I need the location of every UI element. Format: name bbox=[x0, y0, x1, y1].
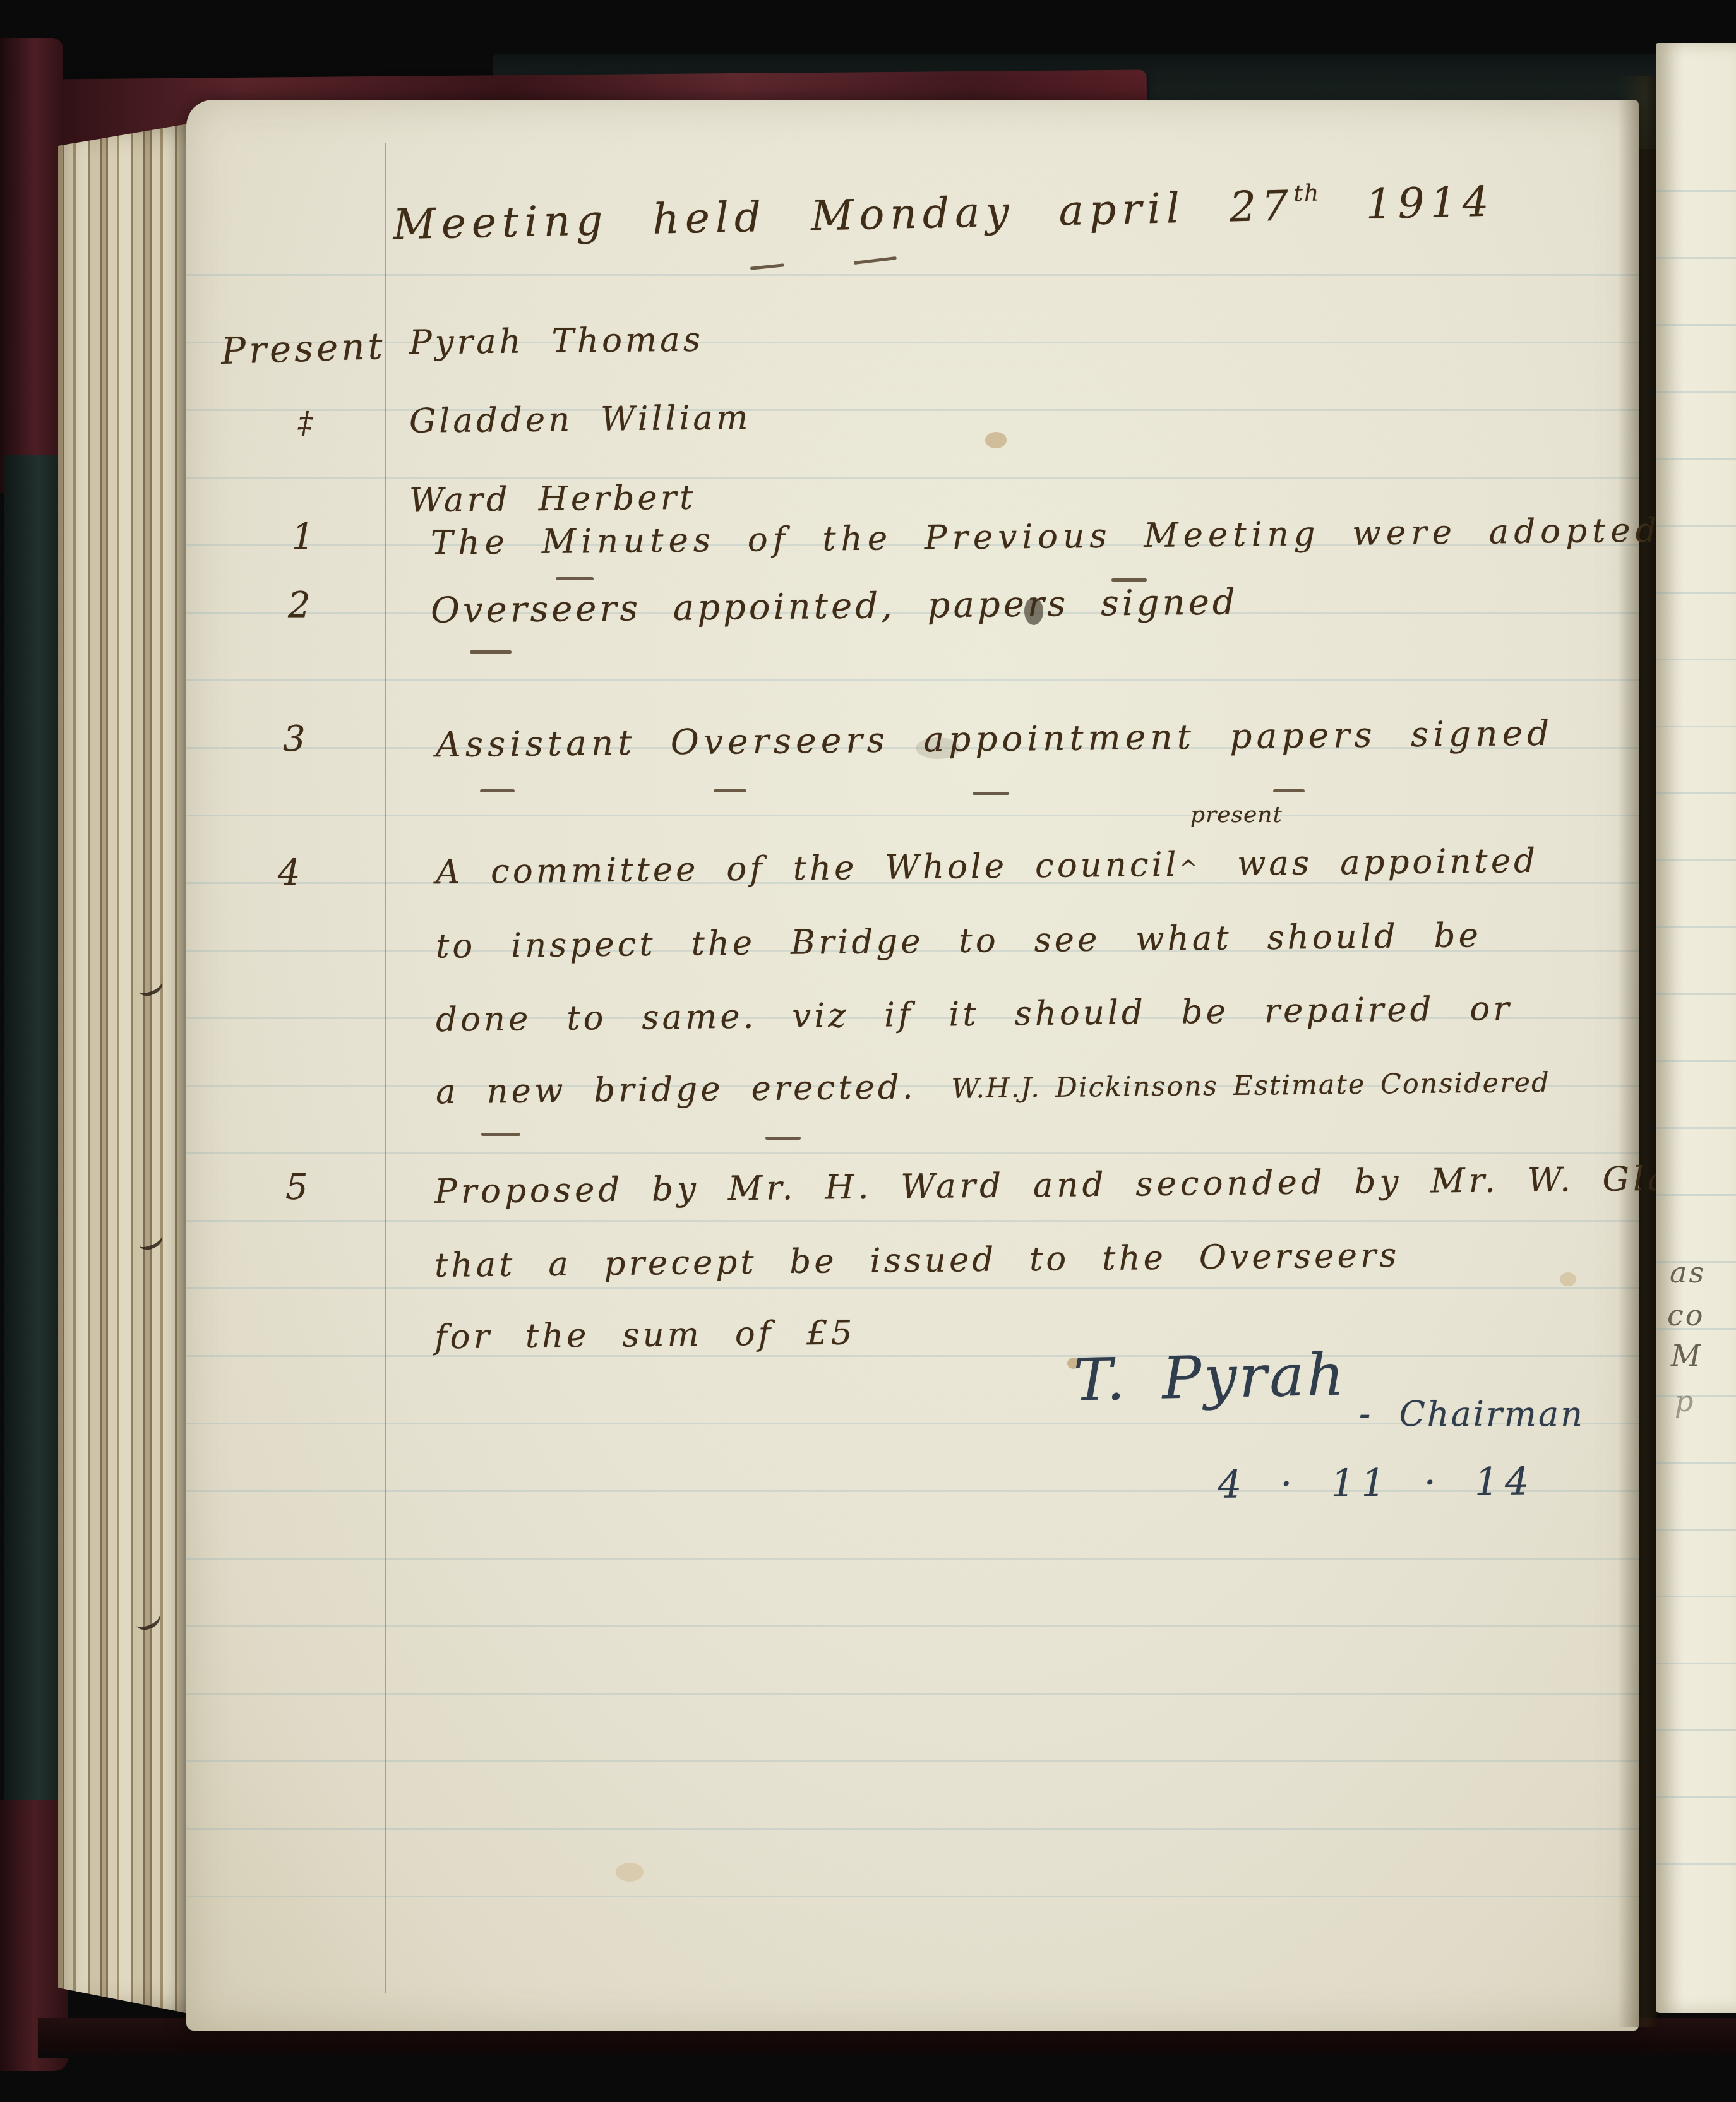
stain bbox=[1560, 1272, 1576, 1286]
facing-page-fragment: M bbox=[1671, 1339, 1703, 1373]
ink-underline bbox=[714, 789, 746, 792]
minute-item-text: for the sum of £5 bbox=[434, 1314, 856, 1357]
minute-item-annotation: W.H.J. Dickinsons Estimate Considered bbox=[951, 1067, 1550, 1105]
attendee-name: Ward Herbert bbox=[409, 479, 697, 520]
facing-page-ruled-lines bbox=[1656, 125, 1736, 1906]
ink-underline bbox=[1111, 578, 1147, 582]
signature-date: 4 · 11 · 14 bbox=[1218, 1459, 1536, 1507]
attendance-label: Present bbox=[220, 325, 386, 373]
facing-page-fragment: p bbox=[1675, 1384, 1695, 1418]
gutter-shadow bbox=[1618, 76, 1657, 2027]
attendance-mark: ‡ bbox=[298, 405, 316, 439]
minute-item-number: 4 bbox=[278, 852, 304, 893]
meeting-date-ordinal: th bbox=[1293, 181, 1320, 207]
signature-name: T. Pyrah bbox=[1073, 1341, 1347, 1414]
signature-title: - Chairman bbox=[1359, 1394, 1584, 1434]
facing-page-edge: as co M p bbox=[1656, 43, 1736, 2013]
ink-underline bbox=[1273, 789, 1305, 792]
minute-item-number: 3 bbox=[283, 719, 309, 760]
signature-title-text: Chairman bbox=[1399, 1394, 1584, 1434]
photograph-of-minute-book: Meeting held Monday april 27th1914 Prese… bbox=[0, 0, 1736, 2102]
ink-underline bbox=[470, 650, 512, 654]
book-cover-left-cloth bbox=[4, 455, 62, 1825]
book-cover-left-leather-top bbox=[0, 38, 63, 493]
minute-item-text-before: A committee of the Whole council bbox=[436, 845, 1180, 892]
minute-item-text-main: a new bridge erected. bbox=[436, 1068, 916, 1111]
minute-item-number: 2 bbox=[288, 585, 314, 626]
minute-item-text-after: was appointed bbox=[1237, 842, 1539, 883]
ink-underline bbox=[480, 789, 515, 792]
signature-separator: - bbox=[1359, 1394, 1372, 1434]
stain bbox=[985, 432, 1007, 448]
ink-underline bbox=[765, 1137, 801, 1140]
minute-item-number: 1 bbox=[292, 517, 318, 558]
stain bbox=[616, 1863, 644, 1882]
facing-page-fragment: co bbox=[1667, 1298, 1704, 1332]
insertion-note: present bbox=[1190, 802, 1283, 828]
ink-underline bbox=[481, 1133, 520, 1136]
attendee-name: Gladden William bbox=[409, 398, 751, 441]
minute-item-text: Overseers appointed, papers signed bbox=[431, 582, 1238, 631]
insertion-caret: ^ bbox=[1179, 856, 1200, 881]
meeting-year: 1914 bbox=[1365, 177, 1495, 229]
minute-item-number: 5 bbox=[285, 1167, 311, 1208]
ink-underline bbox=[556, 577, 594, 580]
page-edge-stack bbox=[58, 123, 192, 2014]
insertion-gap bbox=[1200, 875, 1237, 876]
red-margin-line bbox=[385, 143, 386, 1993]
ink-underline bbox=[973, 792, 1009, 795]
facing-page-fragment: as bbox=[1670, 1255, 1706, 1289]
attendee-name: Pyrah Thomas bbox=[409, 321, 704, 362]
